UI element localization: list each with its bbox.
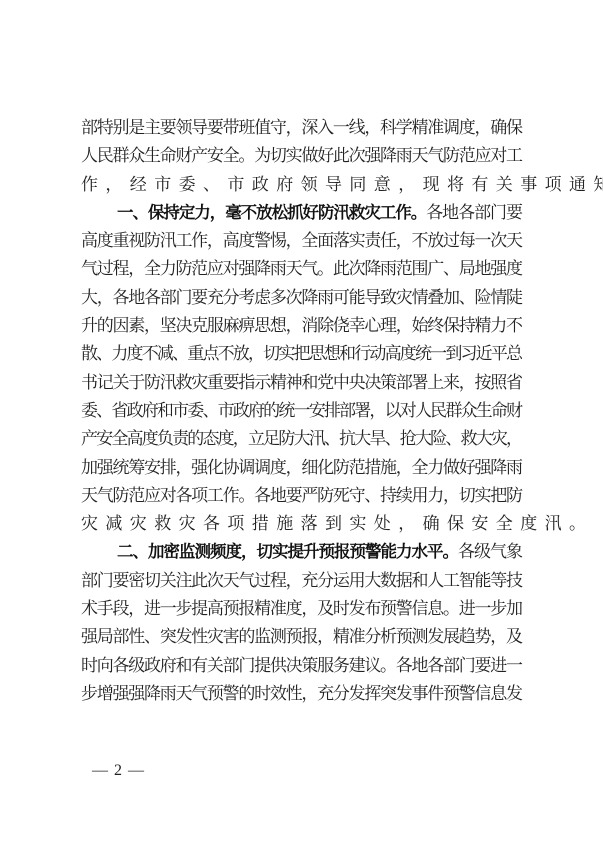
text-line: 书记关于防汛救灾重要指示精神和党中央决策部署上来，按照省 — [81, 369, 523, 397]
text-line: 部门要密切关注此次天气过程，充分运用大数据和人工智能等技 — [81, 567, 523, 595]
text-line: 高度重视防汛工作，高度警惕，全面落实责任，不放过每一次天 — [81, 227, 523, 255]
text-line: 部特别是主要领导要带班值守，深入一线，科学精准调度，确保 — [81, 114, 523, 142]
text-line: 人民群众生命财产安全。为切实做好此次强降雨天气防范应对工 — [81, 142, 523, 170]
text-line: 强局部性、突发性灾害的监测预报，精准分析预测发展趋势，及 — [81, 623, 523, 651]
section-2-heading: 二、加密监测频度，切实提升预报预警能力水平。 — [117, 542, 458, 561]
document-body: 部特别是主要领导要带班值守，深入一线，科学精准调度，确保 人民群众生命财产安全。… — [81, 114, 523, 708]
text-line: 天气防范应对各项工作。各地要严防死守、持续用力，切实把防 — [81, 482, 523, 510]
text-line: 加强统筹安排，强化协调调度，细化防范措施，全力做好强降雨 — [81, 454, 523, 482]
text-line: 产安全高度负责的态度，立足防大汛、抗大旱、抢大险、救大灾， — [81, 425, 523, 453]
section-1-heading: 一、保持定力，毫不放松抓好防汛救灾工作。 — [117, 203, 426, 222]
section-2-first-line: 二、加密监测频度，切实提升预报预警能力水平。各级气象 — [81, 538, 523, 566]
page-number: — 2 — — [92, 762, 145, 780]
text-line: 散、力度不减、重点不放，切实把思想和行动高度统一到习近平总 — [81, 340, 523, 368]
text-line: 时向各级政府和有关部门提供决策服务建议。各地各部门要进一 — [81, 652, 523, 680]
text-line: 术手段，进一步提高预报精准度，及时发布预警信息。进一步加 — [81, 595, 523, 623]
section-1-lead-text: 各地各部门要 — [426, 203, 522, 223]
text-line: 作，经市委、市政府领导同意，现将有关事项通知如下。 — [81, 171, 523, 199]
text-line: 步增强强降雨天气预警的时效性，充分发挥突发事件预警信息发 — [81, 680, 523, 708]
section-1-first-line: 一、保持定力，毫不放松抓好防汛救灾工作。各地各部门要 — [81, 199, 523, 227]
section-2-lead-text: 各级气象 — [458, 542, 522, 562]
text-line: 气过程，全力防范应对强降雨天气。此次降雨范围广、局地强度 — [81, 255, 523, 283]
document-page: 部特别是主要领导要带班值守，深入一线，科学精准调度，确保 人民群众生命财产安全。… — [0, 0, 603, 856]
text-line: 大，各地各部门要充分考虑多次降雨可能导致灾情叠加、险情陡 — [81, 284, 523, 312]
text-line: 灾减灾救灾各项措施落到实处，确保安全度汛。 — [81, 510, 523, 538]
text-line: 委、省政府和市委、市政府的统一安排部署，以对人民群众生命财 — [81, 397, 523, 425]
text-line: 升的因素，坚决克服麻痹思想，消除侥幸心理，始终保持精力不 — [81, 312, 523, 340]
